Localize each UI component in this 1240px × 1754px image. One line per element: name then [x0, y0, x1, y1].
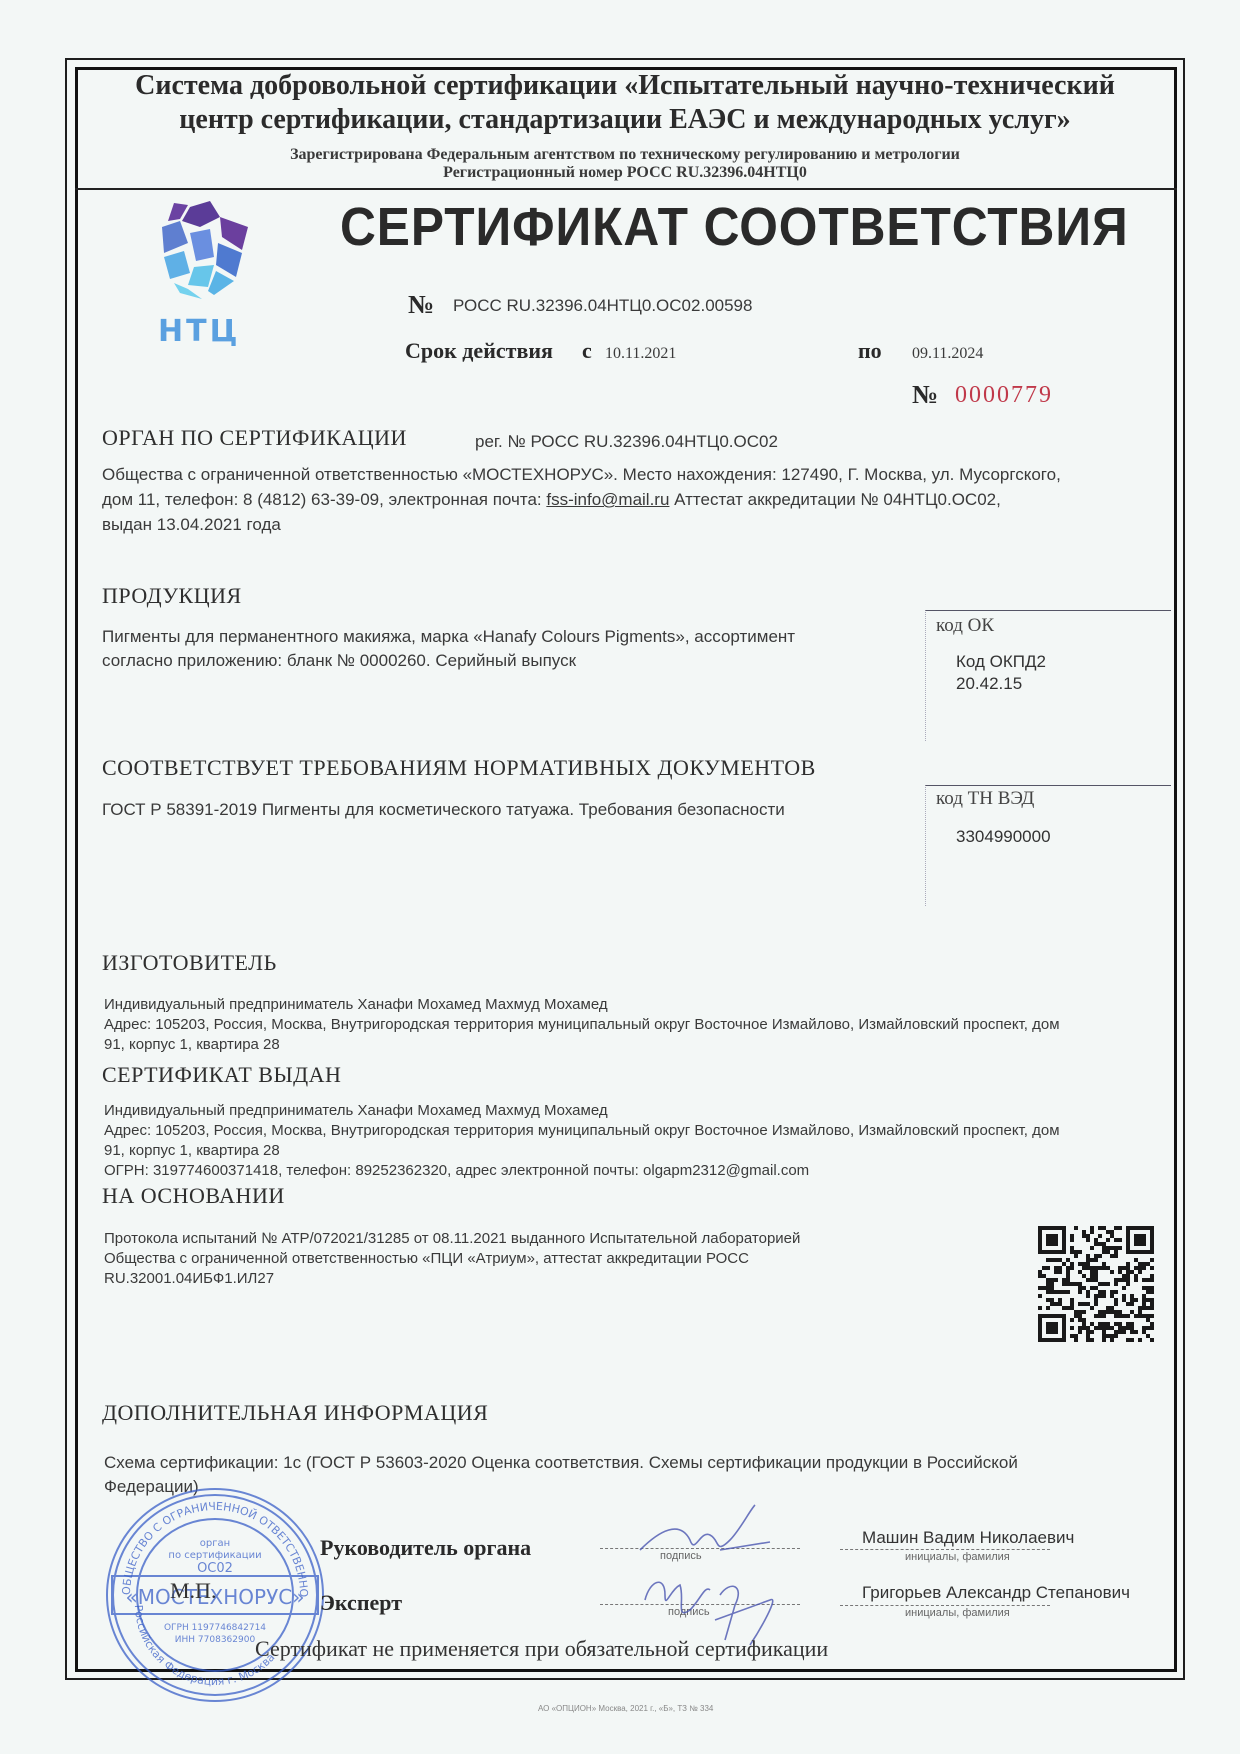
validity-label: Срок действия [405, 338, 553, 364]
cert-body-line2-text: дом 11, телефон: 8 (4812) 63-39-09, элек… [102, 490, 546, 509]
expert-name-caption: инициалы, фамилия [905, 1607, 1010, 1619]
okpd2-label: Код ОКПД2 [956, 651, 1171, 673]
cert-body-line3: выдан 13.04.2021 года [102, 512, 281, 538]
qr-code[interactable] [1036, 1226, 1156, 1342]
header-divider [75, 188, 1177, 190]
footer-note: Сертификат не применяется при обязательн… [255, 1636, 828, 1662]
system-name-line2: центр сертификации, стандартизации ЕАЭС … [80, 104, 1170, 136]
head-name: Машин Вадим Николаевич [862, 1528, 1074, 1548]
product-heading: ПРОДУКЦИЯ [102, 583, 242, 609]
svg-text:ОС02: ОС02 [197, 1561, 233, 1576]
issued-to-line4: ОГРН: 319774600371418, телефон: 89252362… [104, 1160, 809, 1181]
additional-line1: Схема сертификации: 1с (ГОСТ Р 53603-202… [104, 1450, 1018, 1476]
validity-to-label: по [858, 338, 882, 364]
cert-body-reg: рег. № РОСС RU.32396.04НТЦ0.ОС02 [475, 432, 778, 452]
expert-label: Эксперт [320, 1590, 402, 1616]
basis-line2: Общества с ограниченной ответственностью… [104, 1248, 749, 1269]
blank-no-label: № [912, 380, 938, 410]
cert-body-email-link[interactable]: fss-info@mail.ru [546, 490, 669, 509]
compliance-heading: СООТВЕТСТВУЕТ ТРЕБОВАНИЯМ НОРМАТИВНЫХ ДО… [102, 755, 816, 781]
expert-name-line [840, 1605, 1050, 1606]
expert-name: Григорьев Александр Степанович [862, 1583, 1130, 1603]
additional-heading: ДОПОЛНИТЕЛЬНАЯ ИНФОРМАЦИЯ [102, 1400, 488, 1426]
cert-body-heading: ОРГАН ПО СЕРТИФИКАЦИИ [102, 425, 407, 451]
compliance-text: ГОСТ Р 58391-2019 Пигменты для косметиче… [102, 797, 785, 823]
issued-to-line2: Адрес: 105203, Россия, Москва, Внутригор… [104, 1120, 1179, 1141]
seal-place-label: М.П. [170, 1578, 216, 1604]
document-title: СЕРТИФИКАТ СООТВЕТСТВИЯ [340, 196, 1129, 258]
product-line2: согласно приложению: бланк № 0000260. Се… [102, 648, 576, 674]
manufacturer-heading: ИЗГОТОВИТЕЛЬ [102, 950, 277, 976]
cert-no-label: № [408, 290, 434, 320]
issued-to-line3: 91, корпус 1, квартира 28 [104, 1140, 280, 1161]
issued-to-heading: СЕРТИФИКАТ ВЫДАН [102, 1062, 341, 1088]
svg-text:ОГРН 1197746842714: ОГРН 1197746842714 [164, 1623, 266, 1633]
basis-heading: НА ОСНОВАНИИ [102, 1183, 285, 1209]
tn-ved-code-box: код ТН ВЭД 3304990000 [925, 785, 1171, 906]
head-name-caption: инициалы, фамилия [905, 1551, 1010, 1563]
cert-body-line2: дом 11, телефон: 8 (4812) 63-39-09, элек… [102, 487, 1172, 513]
head-of-body-label: Руководитель органа [320, 1535, 531, 1561]
validity-from-date: 10.11.2021 [605, 345, 676, 363]
code-ok-label: код ОК [936, 615, 1171, 637]
logo-text: НТЦ [158, 314, 260, 349]
registered-by: Зарегистрирована Федеральным агентством … [80, 146, 1170, 164]
basis-line3: RU.32001.04ИБФ1.ИЛ27 [104, 1268, 274, 1289]
hexagon-network-icon [150, 195, 260, 305]
svg-text:ИНН 7708362900: ИНН 7708362900 [175, 1635, 256, 1645]
product-line1: Пигменты для перманентного макияжа, марк… [102, 624, 795, 650]
registration-number: Регистрационный номер РОСС RU.32396.04НТ… [80, 164, 1170, 182]
okpd2-value: 20.42.15 [956, 673, 1171, 695]
validity-to-date: 09.11.2024 [912, 345, 983, 363]
tn-ved-label: код ТН ВЭД [936, 788, 1171, 810]
cert-number: РОСС RU.32396.04НТЦ0.ОС02.00598 [453, 296, 752, 316]
basis-line1: Протокола испытаний № АТР/072021/31285 о… [104, 1228, 800, 1249]
head-name-line [840, 1549, 1050, 1550]
system-name-line1: Система добровольной сертификации «Испыт… [80, 70, 1170, 102]
tn-ved-value: 3304990000 [956, 826, 1171, 848]
okpd2-code-box: код ОК Код ОКПД2 20.42.15 [925, 610, 1171, 741]
cert-body-line2-post: Аттестат аккредитации № 04НТЦ0.ОС02, [669, 490, 1000, 509]
svg-text:орган: орган [200, 1538, 230, 1549]
issued-to-line1: Индивидуальный предприниматель Ханафи Мо… [104, 1100, 608, 1121]
qr-code-icon [1036, 1226, 1156, 1342]
printer-info: АО «ОПЦИОН» Москва, 2021 г., «Б», ТЗ № 3… [538, 1704, 713, 1713]
blank-number: 0000779 [955, 382, 1053, 409]
cert-body-line1: Общества с ограниченной ответственностью… [102, 462, 1172, 488]
svg-text:по сертификации: по сертификации [168, 1550, 261, 1561]
validity-from-label: с [582, 338, 592, 364]
manufacturer-line1: Индивидуальный предприниматель Ханафи Мо… [104, 994, 608, 1015]
manufacturer-line2: Адрес: 105203, Россия, Москва, Внутригор… [104, 1014, 1179, 1035]
manufacturer-line3: 91, корпус 1, квартира 28 [104, 1034, 280, 1055]
ntc-logo: НТЦ [150, 195, 260, 349]
